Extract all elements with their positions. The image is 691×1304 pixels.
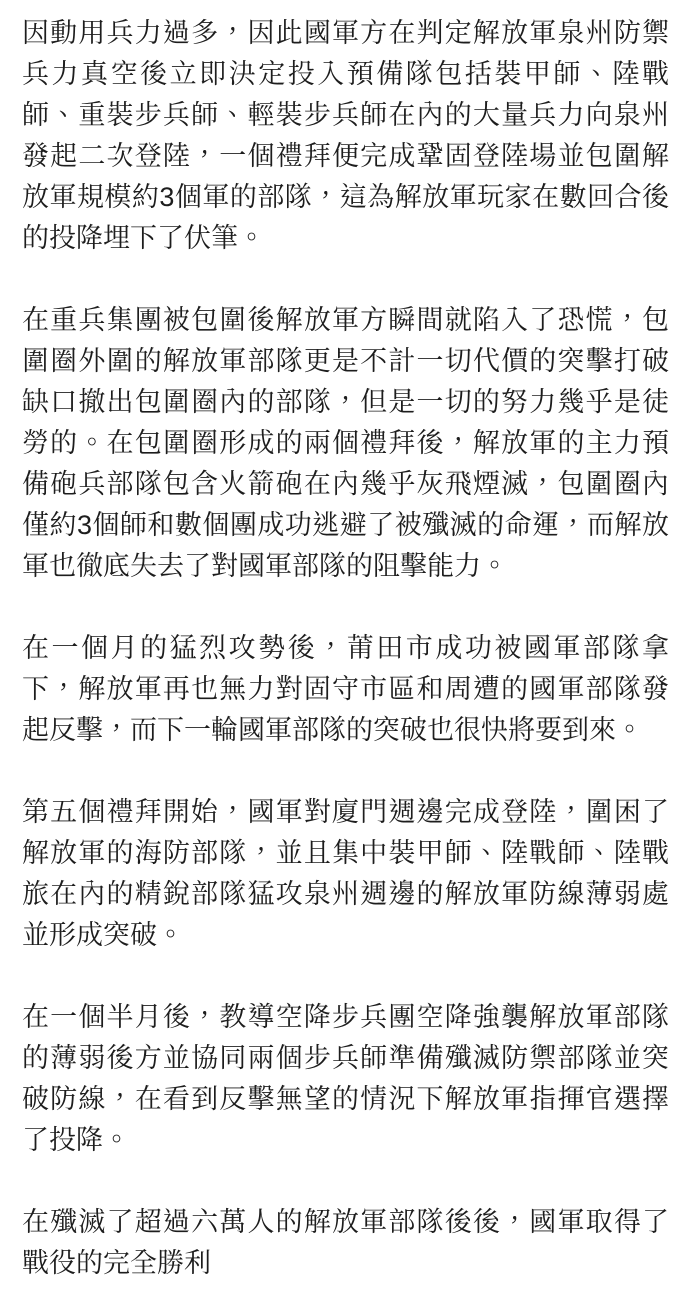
paragraph-2: 在重兵集團被包圍後解放軍方瞬間就陷入了恐慌，包圍圈外圍的解放軍部隊更是不計一切代… xyxy=(22,300,669,587)
paragraph-6: 在殲滅了超過六萬人的解放軍部隊後後，國軍取得了戰役的完全勝利 xyxy=(22,1202,669,1284)
paragraph-5: 在一個半月後，教導空降步兵團空降強襲解放軍部隊的薄弱後方並協同兩個步兵師準備殲滅… xyxy=(22,997,669,1161)
paragraph-3: 在一個月的猛烈攻勢後，莆田市成功被國軍部隊拿下，解放軍再也無力對固守市區和周遭的… xyxy=(22,628,669,751)
paragraph-1: 因動用兵力過多，因此國軍方在判定解放軍泉州防禦兵力真空後立即決定投入預備隊包括裝… xyxy=(22,13,669,259)
document-page: 因動用兵力過多，因此國軍方在判定解放軍泉州防禦兵力真空後立即決定投入預備隊包括裝… xyxy=(0,0,691,1304)
paragraph-4: 第五個禮拜開始，國軍對廈門週邊完成登陸，圍困了解放軍的海防部隊，並且集中裝甲師、… xyxy=(22,792,669,956)
